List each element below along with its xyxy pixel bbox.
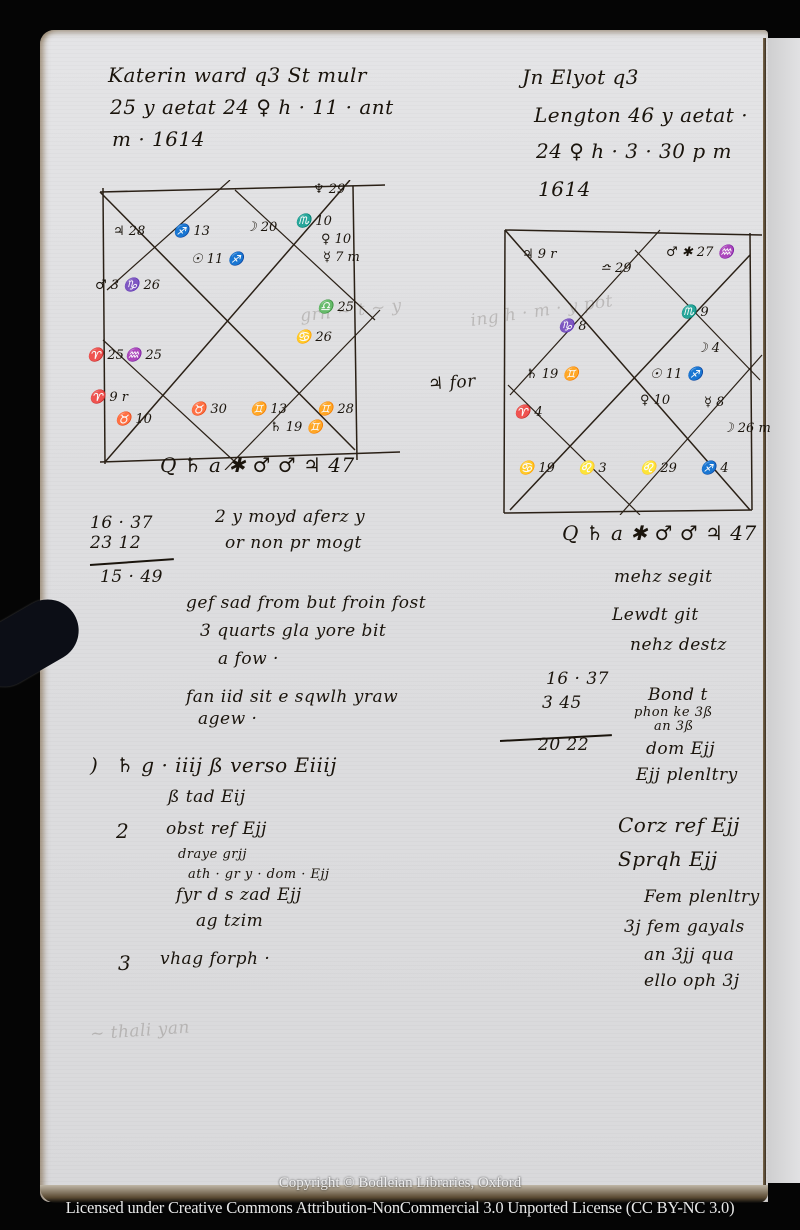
list-line: obst ref Ejj [166,818,267,841]
list-line: fyr d s zad Ejj [176,884,302,907]
list-line: Ejj plenltry [636,764,738,787]
chart-cell: ♃ 9 r [522,247,556,262]
heading-line: Katerin ward q3 St mulr [108,62,367,89]
list-number: ) [90,752,98,779]
right-note: nehz destz [630,634,727,657]
chart-cell: ♈ 4 [514,405,543,420]
chart-cell: ☽ 20 [245,220,277,235]
right-aspect-line: Q ♄ a ✱ ♂ ♂ ♃ 47 [562,520,757,547]
chart-cell: ♐ 13 [173,224,210,239]
list-line: Fem plenltry [644,886,760,909]
chart-cell: ☽ 4 [696,341,720,356]
heading-line: m · 1614 [112,126,205,153]
binding-gutter [763,38,766,1188]
chart-cell: ♊ 13 [250,402,287,417]
paragraph-line: fan iid sit e sqwlh yraw [186,686,398,709]
list-line: ath · gr y · dom · Ejj [188,866,330,884]
chart-cell: ♒ 25 [125,348,162,363]
chart-cell: ☿ 8 [704,395,724,410]
list-line: Sprqh Ejj [618,846,718,873]
list-line: ♄ g · iiij ß verso Eiiij [116,752,337,779]
chart-cell: ♃ 28 [113,224,145,239]
license-caption: Licensed under Creative Commons Attribut… [0,1198,800,1218]
calc-total: 15 · 49 [100,566,163,589]
heading-line: 24 ♀ h · 3 · 30 p m [536,138,732,165]
chart-cell: ♄ 19 ♊ [270,420,323,435]
chart-cell: ☿ 7 m [323,250,360,265]
list-number: 3 [118,950,131,977]
chart-cell: ♈ 9 r [89,390,128,405]
right-note: mehz segit [614,566,712,589]
copyright-caption: Copyright © Bodleian Libraries, Oxford [0,1175,800,1192]
chart-cell: ♂ ✱ 27 ♒ [666,245,734,260]
chart-cell: ♐ 4 [700,461,729,476]
list-number: 2 [116,818,129,845]
chart-cell: ♆ 29 [313,182,345,197]
list-line: dom Ejj [646,738,715,761]
heading-line: Lengton 46 y aetat · [534,102,748,129]
heading-line: Jn Elyot q3 [522,64,639,91]
list-line: vhag forph · [160,948,270,971]
list-line: 3j fem gayals [624,916,745,939]
list-line: an 3ß [654,718,694,736]
chart-cell: ♂ 3 ♑ 26 [95,278,160,293]
list-line: an 3jj qua [644,944,734,967]
paragraph-line: gef sad from but froin fost [186,592,426,615]
facing-page-edge [768,38,800,1183]
chart-cell: ♋ 26 [295,330,332,345]
heading-line: 25 y aetat 24 ♀ h · 11 · ant [110,94,394,121]
chart-cell: ♊ 28 [317,402,354,417]
chart-cell: ♀ 10 [321,232,351,247]
chart-cell: ♌ 3 [578,461,607,476]
list-line: ello oph 3j [644,970,740,993]
chart-cell: ♌ 29 [640,461,677,476]
calc-line: 3 45 [542,692,582,715]
calc-line: 16 · 37 [546,668,609,691]
calc-total: 20 22 [538,734,589,757]
chart-cell: ☽ 26 m [722,421,771,436]
chart-cell: ♄ 19 ♊ [526,367,579,382]
paragraph-line: 3 quarts gla yore bit [200,620,386,643]
margin-mark: ♃ for [427,370,476,396]
chart-cell: ♋ 19 [518,461,555,476]
calc-line: 23 12 [90,532,141,555]
right-horoscope-chart: ♃ 9 r ≏ 29 ♂ ✱ 27 ♒ ♑ 8 ♏ 9 ☽ 4 ♄ 19 ♊ ☉… [500,225,770,515]
left-aspect-line: Q ♄ a ✱ ♂ ♂ ♃ 47 [160,452,355,479]
list-line: Corz ref Ejj [618,812,740,839]
chart-cell: ♀ 10 [640,393,670,408]
chart-cell: ♉ 30 [190,402,227,417]
left-horoscope-chart: ♃ 28 ♐ 13 ☽ 20 ♏ 10 ♀ 10 ☿ 7 m ♂ 3 ♑ 26 … [95,180,405,470]
list-line: draye grjj [178,846,247,864]
paragraph-line: a fow · [218,648,279,671]
left-note: 2 y moyd aferz y [215,506,365,529]
chart-cell: ♈ 25 [87,348,124,363]
list-line: ag tzim [196,910,263,933]
chart-cell: ♑ 8 [558,319,587,334]
chart-cell: ♏ 10 [295,214,332,229]
heading-line: 1614 [538,176,591,203]
list-line: ß tad Eij [168,786,246,809]
chart-cell: ☉ 11 ♐ [191,252,244,267]
paragraph-line: agew · [198,708,257,731]
left-note: or non pr mogt [225,532,362,555]
chart-cell: ♉ 10 [115,412,152,427]
chart-cell: ♎ 25 [317,300,354,315]
chart-cell: ☉ 11 ♐ [650,367,703,382]
chart-cell: ≏ 29 [600,261,632,276]
chart-cell: ♏ 9 [680,305,709,320]
right-note: Lewdt git [612,604,699,627]
